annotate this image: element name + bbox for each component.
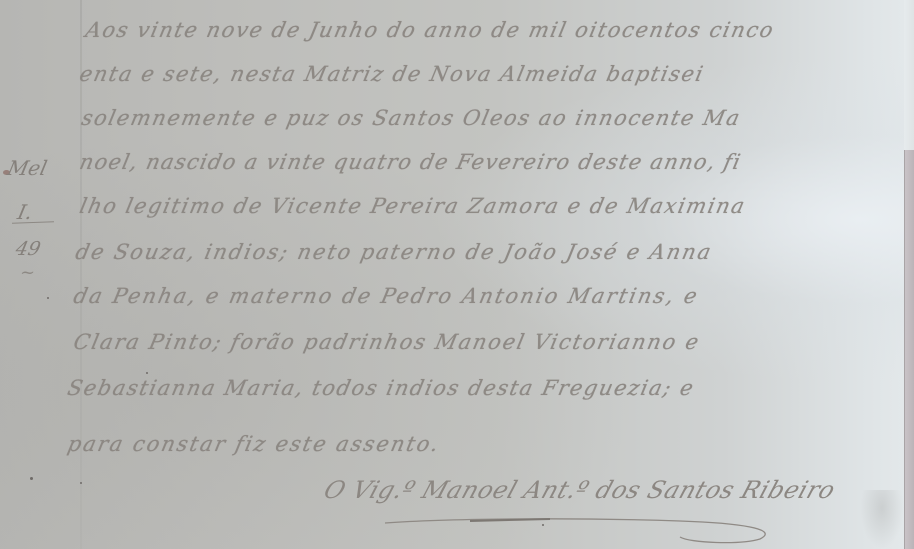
adjacent-page-edge: [904, 150, 914, 549]
record-line-3: solemnemente e puz os Santos Oleos ao in…: [79, 106, 743, 130]
record-line-4: noel, nascido a vinte quatro de Fevereir…: [77, 150, 743, 174]
record-line-1: Aos vinte nove de Junho do anno de mil o…: [83, 18, 776, 42]
record-line-9: Sebastianna Maria, todos indios desta Fr…: [65, 376, 697, 400]
margin-note-flourish: ~: [20, 262, 35, 283]
record-line-5: lho legitimo de Vicente Pereira Zamora e…: [77, 194, 748, 218]
margin-note-letter: I.: [15, 200, 34, 224]
adjacent-page-edge-top: [904, 0, 914, 150]
record-line-7: da Penha, e materno de Pedro Antonio Mar…: [71, 284, 701, 308]
record-line-6: de Souza, indios; neto paterno de João J…: [73, 240, 714, 264]
margin-note-name: Mel: [5, 156, 49, 180]
paper-speck: [542, 524, 544, 526]
document-page: Mel I. 49 ~ Aos vinte nove de Junho do a…: [0, 0, 904, 549]
record-line-2: enta e sete, nesta Matriz de Nova Almeid…: [77, 62, 706, 86]
signature-flourish: [380, 515, 800, 545]
priest-signature: O Vig.º Manoel Ant.º dos Santos Ribeiro: [320, 476, 839, 504]
margin-note-number: 49: [14, 238, 43, 260]
paper-speck: [30, 477, 33, 480]
paper-shadow: [860, 490, 904, 549]
paper-speck: [47, 297, 49, 299]
record-line-10: para constar fiz este assento.: [65, 432, 442, 456]
paper-speck: [146, 372, 148, 374]
paper-speck: [80, 482, 82, 484]
margin-note-rule: [12, 221, 54, 223]
record-line-8: Clara Pinto; forão padrinhos Manoel Vict…: [71, 330, 702, 354]
